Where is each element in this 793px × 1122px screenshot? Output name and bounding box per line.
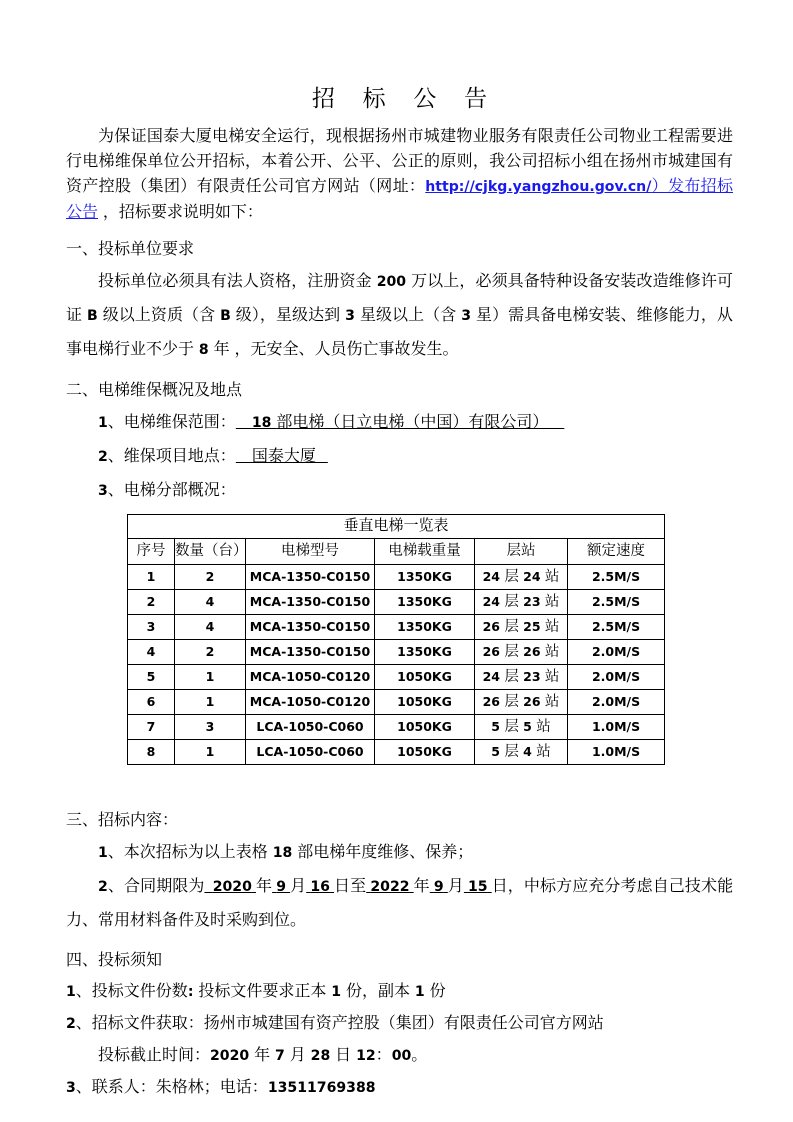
project-location-item: 2、维保项目地点： 国泰大厦	[66, 440, 733, 474]
table-title: 垂直电梯一览表	[128, 515, 665, 539]
latin-text: 26	[483, 644, 505, 659]
table-cell: 5	[128, 665, 175, 690]
latin-text: 7	[147, 719, 156, 734]
table-cell: 4	[175, 590, 246, 615]
section2-heading: 二、电梯维保概况及地点	[66, 375, 733, 406]
latin-text: 1050KG	[397, 694, 452, 709]
table-cell: 2	[175, 565, 246, 590]
latin-text: 2020	[210, 1048, 254, 1064]
table-row: 81LCA-1050-C0601050KG5 层 4 站1.0M/S	[128, 740, 665, 765]
latin-text: 26	[519, 644, 545, 659]
latin-text: 2022	[370, 879, 409, 895]
latin-text: 18	[252, 415, 277, 431]
table-cell: 1350KG	[375, 615, 475, 640]
latin-text: 4	[206, 594, 215, 609]
table-cell: 26 层 26 站	[475, 640, 568, 665]
latin-text: 1	[98, 845, 108, 861]
latin-text: 2.5M/S	[592, 569, 640, 584]
maintenance-scope-item: 1、电梯维保范围： 18 部电梯（日立电梯（中国）有限公司）	[66, 406, 733, 440]
latin-text: 1050KG	[397, 744, 452, 759]
latin-text: 1	[98, 415, 108, 431]
doc-title: 招 标 公 告	[66, 84, 733, 114]
table-cell: 2.0M/S	[568, 665, 665, 690]
bid-content-item: 1、本次招标为以上表格 18 部电梯年度维修、保养；	[66, 836, 733, 870]
latin-text: 1350KG	[397, 619, 452, 634]
latin-text: 9	[276, 879, 286, 895]
latin-text: MCA-1050-C0120	[250, 694, 370, 709]
elevator-table: 垂直电梯一览表序号数量（台）电梯型号电梯载重量层站额定速度 12MCA-1350…	[127, 514, 665, 765]
table-cell: 26 层 25 站	[475, 615, 568, 640]
latin-text: LCA-1050-C060	[256, 719, 363, 734]
latin-text: 2	[206, 569, 215, 584]
latin-text: 3	[206, 719, 215, 734]
table-cell: 6	[128, 690, 175, 715]
notice-item-deadline: 投标截止时间：2020 年 7 月 28 日 12：00。	[66, 1040, 733, 1072]
filled-blank: 16	[306, 878, 334, 895]
latin-text: 2.0M/S	[592, 669, 640, 684]
latin-text: 2	[98, 879, 108, 895]
latin-text: 26	[483, 619, 505, 634]
latin-text: B	[82, 308, 103, 324]
latin-text: 1050KG	[397, 669, 452, 684]
column-header: 数量（台）	[175, 539, 246, 565]
table-row: 12MCA-1350-C01501350KG24 层 24 站2.5M/S	[128, 565, 665, 590]
latin-text: 3	[98, 483, 108, 499]
table-row: 51MCA-1050-C01201050KG24 层 23 站2.0M/S	[128, 665, 665, 690]
table-cell: 26 层 26 站	[475, 690, 568, 715]
latin-text: 15	[468, 879, 488, 895]
latin-text: 4	[206, 619, 215, 634]
table-cell: 1050KG	[375, 665, 475, 690]
latin-text: 12	[351, 1048, 376, 1064]
latin-text: 2020	[213, 879, 252, 895]
section4-heading: 四、投标须知	[66, 945, 733, 976]
latin-text: MCA-1350-C0150	[250, 594, 370, 609]
latin-text	[98, 205, 103, 221]
latin-text: 7	[270, 1048, 290, 1064]
notice-item-obtain: 2、招标文件获取：扬州市城建国有资产控股（集团）有限责任公司官方网站	[66, 1008, 733, 1040]
latin-text: 200	[372, 274, 411, 290]
table-cell: 2.5M/S	[568, 590, 665, 615]
table-cell: 2.0M/S	[568, 690, 665, 715]
contract-period-item: 2、合同期限为 2020 年 9 月 16 日至 2022 年 9 月 15 日…	[66, 870, 733, 937]
table-cell: MCA-1350-C0150	[246, 590, 375, 615]
table-cell: MCA-1350-C0150	[246, 640, 375, 665]
latin-text: B	[215, 308, 236, 324]
filled-blank: 15	[464, 878, 492, 895]
latin-text: 1	[206, 744, 215, 759]
latin-text: 5	[147, 669, 156, 684]
table-cell: 3	[128, 615, 175, 640]
table-cell: 8	[128, 740, 175, 765]
table-cell: 2.5M/S	[568, 615, 665, 640]
table-cell: 24 层 23 站	[475, 665, 568, 690]
table-cell: 1350KG	[375, 590, 475, 615]
table-cell: 24 层 23 站	[475, 590, 568, 615]
elevator-overview-item: 3、电梯分部概况：	[66, 474, 733, 508]
table-cell: 2.0M/S	[568, 640, 665, 665]
table-cell: 1050KG	[375, 690, 475, 715]
table-cell: MCA-1350-C0150	[246, 615, 375, 640]
table-cell: 1	[175, 690, 246, 715]
latin-text: 4	[147, 644, 156, 659]
latin-text: 3	[66, 1080, 76, 1096]
latin-text: :	[188, 984, 199, 1000]
latin-text: 1350KG	[397, 644, 452, 659]
table-cell: 1.0M/S	[568, 715, 665, 740]
table-cell: 1	[175, 740, 246, 765]
latin-text: MCA-1350-C0150	[250, 644, 370, 659]
latin-text: LCA-1050-C060	[256, 744, 363, 759]
latin-text: 25	[519, 619, 545, 634]
table-cell: 3	[175, 715, 246, 740]
latin-text: 1350KG	[397, 594, 452, 609]
filled-blank: 9	[430, 878, 448, 895]
latin-text: 4	[519, 744, 536, 759]
latin-text: 3	[456, 308, 476, 324]
column-header: 层站	[475, 539, 568, 565]
document-page: 招 标 公 告 为保证国泰大厦电梯安全运行，现根据扬州市城建物业服务有限责任公司…	[0, 0, 793, 1122]
table-cell: 1350KG	[375, 565, 475, 590]
latin-text: 13511769388	[268, 1080, 376, 1096]
section3-heading: 三、招标内容：	[66, 805, 733, 836]
latin-text: 5	[491, 719, 504, 734]
latin-text: 1.0M/S	[592, 719, 640, 734]
table-cell: 5 层 4 站	[475, 740, 568, 765]
latin-text: 2.0M/S	[592, 694, 640, 709]
latin-text: 2.5M/S	[592, 594, 640, 609]
table-cell: 4	[128, 640, 175, 665]
table-cell: MCA-1350-C0150	[246, 565, 375, 590]
latin-text: 2	[66, 1016, 76, 1032]
table-cell: 2	[175, 640, 246, 665]
table-row: 61MCA-1050-C01201050KG26 层 26 站2.0M/S	[128, 690, 665, 715]
elevator-table-head: 垂直电梯一览表序号数量（台）电梯型号电梯载重量层站额定速度	[128, 515, 665, 565]
column-header: 序号	[128, 539, 175, 565]
table-cell: LCA-1050-C060	[246, 740, 375, 765]
latin-text: 3	[147, 619, 156, 634]
table-cell: LCA-1050-C060	[246, 715, 375, 740]
latin-text: 1350KG	[397, 569, 452, 584]
table-cell: 4	[175, 615, 246, 640]
table-cell: 1	[175, 665, 246, 690]
latin-text: 1	[326, 984, 346, 1000]
latin-text: 2	[206, 644, 215, 659]
latin-text: 8	[194, 342, 214, 358]
table-row: 42MCA-1350-C01501350KG26 层 26 站2.0M/S	[128, 640, 665, 665]
latin-text: 1	[147, 569, 156, 584]
table-cell: 7	[128, 715, 175, 740]
table-row: 24MCA-1350-C01501350KG24 层 23 站2.5M/S	[128, 590, 665, 615]
latin-text: MCA-1350-C0150	[250, 619, 370, 634]
column-header: 电梯型号	[246, 539, 375, 565]
latin-text: 16	[310, 879, 330, 895]
latin-text: 9	[434, 879, 444, 895]
latin-text: 26	[519, 694, 545, 709]
latin-text: 2	[98, 449, 108, 465]
latin-text: 1	[66, 984, 76, 1000]
latin-text: http://cjkg.yangzhou.gov.cn/	[425, 179, 651, 195]
table-cell: 1	[128, 565, 175, 590]
latin-text: 2.5M/S	[592, 619, 640, 634]
latin-text: 23	[519, 594, 545, 609]
latin-text: 24	[519, 569, 545, 584]
latin-text: 00	[392, 1048, 412, 1064]
latin-text: 26	[483, 694, 505, 709]
latin-text: 1	[206, 669, 215, 684]
filled-blank: 9	[272, 878, 290, 895]
table-cell: 1050KG	[375, 715, 475, 740]
latin-text: 23	[519, 669, 545, 684]
notice-item-copies: 1、投标文件份数: 投标文件要求正本 1 份，副本 1 份	[66, 976, 733, 1008]
latin-text: MCA-1350-C0150	[250, 569, 370, 584]
announcement-link[interactable]: http://cjkg.yangzhou.gov.cn/）发布招标公告	[66, 178, 733, 221]
table-row: 73LCA-1050-C0601050KG5 层 5 站1.0M/S	[128, 715, 665, 740]
table-cell: 1350KG	[375, 640, 475, 665]
notice-item-contact: 3、联系人：朱格林；电话：13511769388	[66, 1072, 733, 1104]
filled-blank: 18 部电梯（日立电梯（中国）有限公司）	[236, 414, 565, 431]
table-cell: 1.0M/S	[568, 740, 665, 765]
table-cell: 2.5M/S	[568, 565, 665, 590]
elevator-table-body: 12MCA-1350-C01501350KG24 层 24 站2.5M/S24M…	[128, 565, 665, 765]
section1-body: 投标单位必须具有法人资格，注册资金 200 万以上，必须具备特种设备安装改造维修…	[66, 265, 733, 367]
latin-text: 3	[340, 308, 360, 324]
latin-text: 24	[483, 594, 505, 609]
latin-text: 5	[491, 744, 504, 759]
latin-text: 1	[206, 694, 215, 709]
latin-text: 5	[519, 719, 536, 734]
latin-text: 24	[483, 569, 505, 584]
latin-text: 2	[147, 594, 156, 609]
table-cell: 5 层 5 站	[475, 715, 568, 740]
latin-text: 8	[147, 744, 156, 759]
latin-text: 18	[268, 845, 297, 861]
latin-text	[230, 342, 235, 358]
latin-text: 6	[147, 694, 156, 709]
column-header: 电梯载重量	[375, 539, 475, 565]
latin-text: 1	[410, 984, 430, 1000]
latin-text: 24	[483, 669, 505, 684]
column-header: 额定速度	[568, 539, 665, 565]
section1-heading: 一、投标单位要求	[66, 234, 733, 265]
latin-text: 2.0M/S	[592, 644, 640, 659]
table-cell: MCA-1050-C0120	[246, 690, 375, 715]
table-cell: 1050KG	[375, 740, 475, 765]
intro-paragraph: 为保证国泰大厦电梯安全运行，现根据扬州市城建物业服务有限责任公司物业工程需要进行…	[66, 124, 733, 226]
latin-text: 28	[306, 1048, 335, 1064]
table-cell: MCA-1050-C0120	[246, 665, 375, 690]
filled-blank: 2020	[205, 878, 257, 895]
latin-text: 1050KG	[397, 719, 452, 734]
table-row: 34MCA-1350-C01501350KG26 层 25 站2.5M/S	[128, 615, 665, 640]
table-cell: 2	[128, 590, 175, 615]
filled-blank: 2022	[366, 878, 413, 895]
table-cell: 24 层 24 站	[475, 565, 568, 590]
latin-text: MCA-1050-C0120	[250, 669, 370, 684]
filled-blank: 国泰大厦	[236, 448, 328, 465]
latin-text: 1.0M/S	[592, 744, 640, 759]
